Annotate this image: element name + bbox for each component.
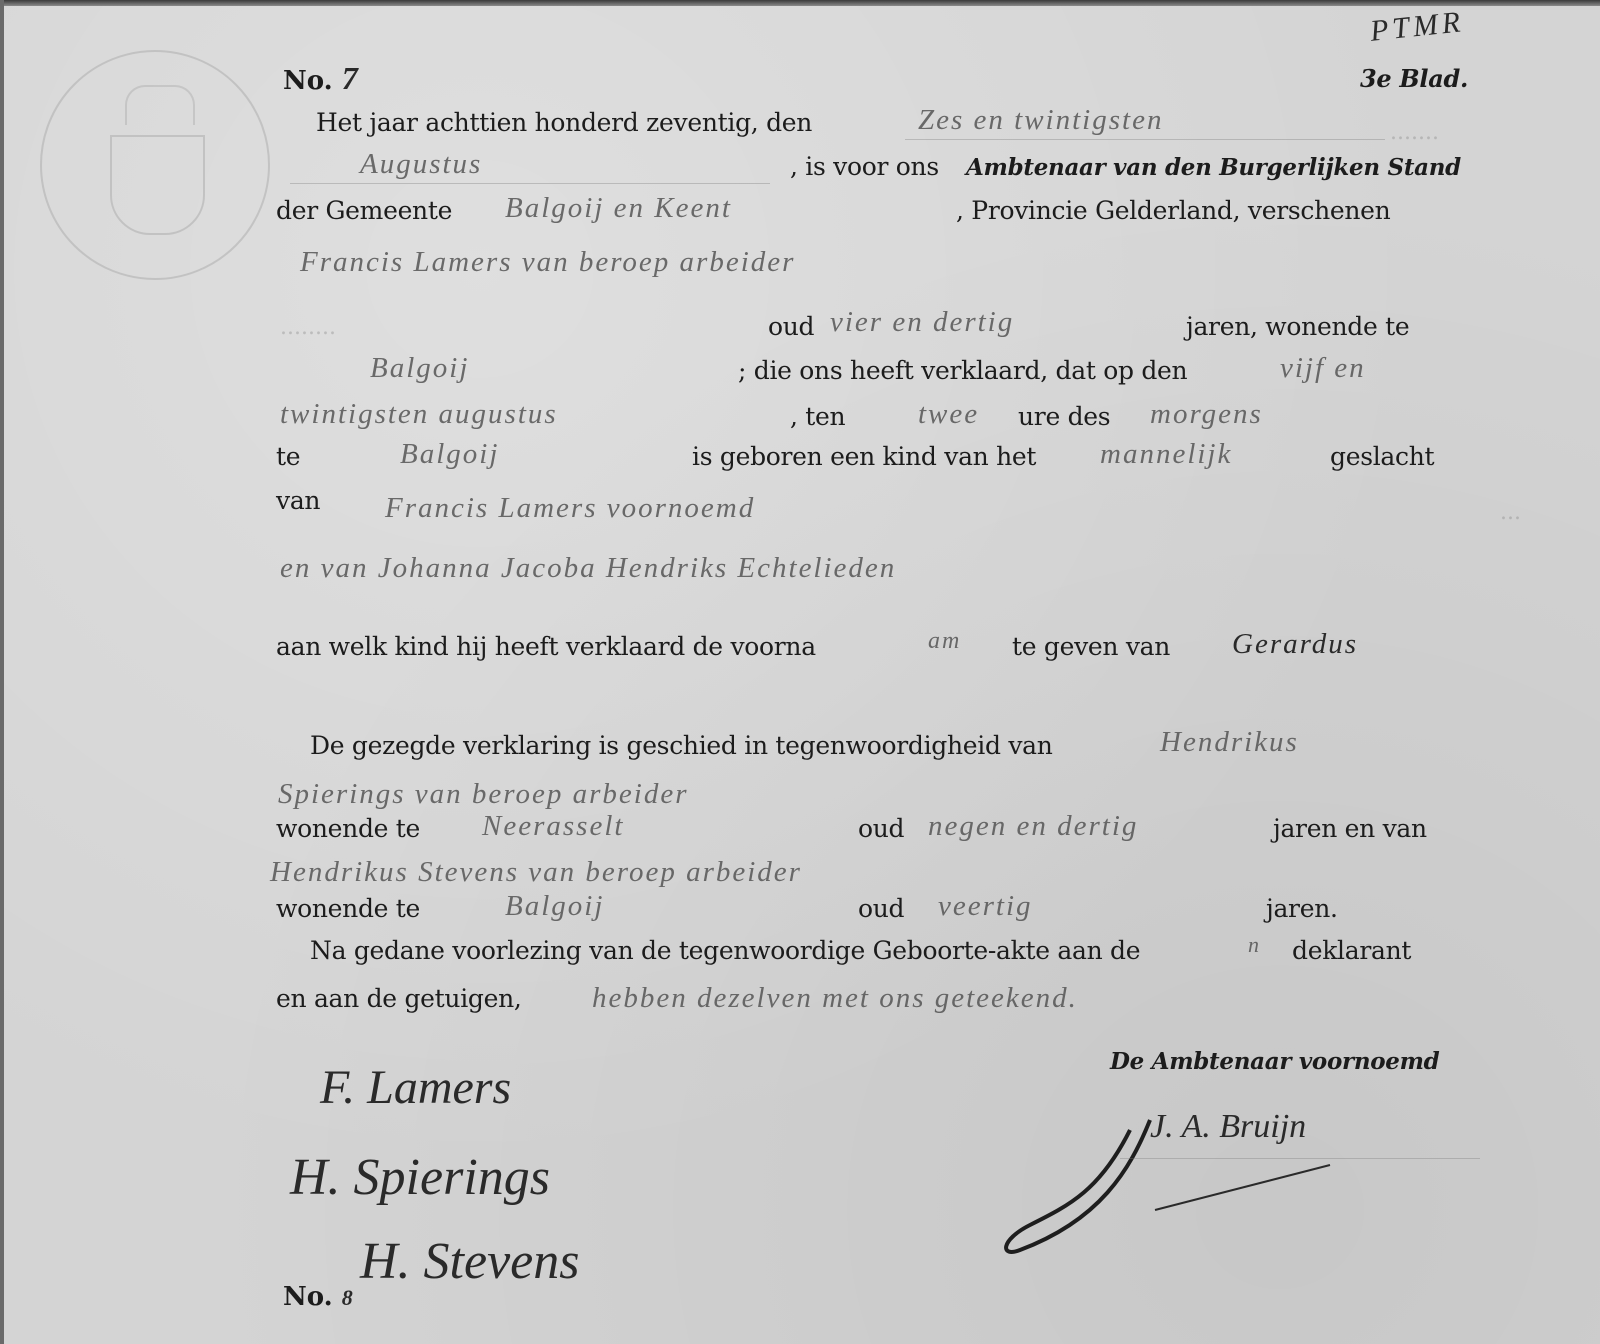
seal-crown-icon: [125, 85, 195, 125]
l12-printed: De gezegde verklaring is geschied in teg…: [310, 731, 1053, 760]
l7-printed-a: , ten: [790, 402, 845, 431]
l2-printed-a: , is voor ons: [790, 152, 939, 181]
signature-witness-1: H. Spierings: [290, 1148, 550, 1207]
l16-printed-b: oud: [858, 894, 904, 923]
sheet-label: 3e Blad.: [1360, 64, 1468, 93]
l11-printed-b: te geven van: [1012, 632, 1170, 661]
l14-witness1-age-handwritten: negen en dertig: [928, 810, 1138, 843]
next-record-value: 8: [342, 1285, 355, 1310]
l3-printed-a: der Gemeente: [276, 196, 452, 225]
official-caption: De Ambtenaar voornoemd: [1110, 1048, 1439, 1075]
l12-witness1-firstname-handwritten: Hendrikus: [1160, 726, 1299, 759]
l17-printed-b: deklarant: [1292, 936, 1411, 965]
l6-printed: ; die ons heeft verklaard, dat op den: [738, 356, 1187, 385]
record-number: No. 7: [283, 60, 360, 97]
l11-child-name-handwritten: Gerardus: [1232, 628, 1358, 661]
signature-witness-2: H. Stevens: [360, 1232, 579, 1291]
l7-date-handwritten: twintigsten augustus: [280, 398, 558, 431]
l2-month-handwritten: Augustus: [360, 148, 482, 181]
l5-printed-a: oud: [768, 312, 814, 341]
signature-flourish-icon: [980, 1110, 1340, 1260]
scan-left-edge: [0, 0, 4, 1344]
seal-shield-icon: [110, 135, 205, 235]
l8-printed-b: is geboren een kind van het: [692, 442, 1036, 471]
fill-line: [905, 139, 1385, 140]
bleed-through-text: ........: [280, 315, 336, 340]
l14-printed-a: wonende te: [276, 814, 420, 843]
l3-printed-b: , Provincie Gelderland, verschenen: [956, 196, 1390, 225]
l11-printed-a: aan welk kind hij heeft verklaard de voo…: [276, 632, 816, 661]
l15-witness2-handwritten: Hendrikus Stevens van beroep arbeider: [270, 856, 802, 889]
l13-witness1-handwritten: Spierings van beroep arbeider: [278, 778, 689, 811]
l3-municipality-handwritten: Balgoij en Keent: [505, 192, 732, 225]
l1-day-handwritten: Zes en twintigsten: [918, 104, 1163, 137]
l6-residence-handwritten: Balgoij: [370, 352, 469, 385]
scan-top-edge: [0, 0, 1600, 6]
l7-printed-b: ure des: [1018, 402, 1110, 431]
l16-witness2-residence-handwritten: Balgoij: [505, 890, 604, 923]
l17-plural-suffix-handwritten: n: [1248, 932, 1261, 958]
l14-witness1-residence-handwritten: Neerasselt: [482, 810, 624, 843]
l16-printed-c: jaren.: [1266, 894, 1338, 923]
l5-printed-b: jaren, wonende te: [1186, 312, 1409, 341]
bleed-through-text: .......: [1390, 120, 1439, 145]
l11-plural-suffix-handwritten: am: [928, 628, 961, 655]
signature-declarant: F. Lamers: [320, 1060, 511, 1115]
l16-printed-a: wonende te: [276, 894, 420, 923]
l14-printed-c: jaren en van: [1273, 814, 1427, 843]
l10-mother-handwritten: en van Johanna Jacoba Hendriks Echtelied…: [280, 552, 896, 585]
l2-printed-b: Ambtenaar van den Burgerlijken Stand: [966, 154, 1461, 181]
l6-date-handwritten: vijf en: [1280, 352, 1366, 385]
l4-declarant-handwritten: Francis Lamers van beroep arbeider: [300, 246, 795, 279]
record-number-value: 7: [342, 60, 360, 96]
l18-printed: en aan de getuigen,: [276, 984, 522, 1013]
l9-printed: van: [276, 486, 320, 515]
l8-printed-c: geslacht: [1330, 442, 1434, 471]
l18-signing-clause-handwritten: hebben dezelven met ons geteekend.: [592, 982, 1078, 1015]
next-record-label: No.: [283, 1282, 333, 1312]
signature-line: [1120, 1158, 1480, 1159]
record-number-label: No.: [283, 66, 333, 96]
fill-line: [290, 183, 770, 184]
l14-printed-b: oud: [858, 814, 904, 843]
l8-printed-a: te: [276, 442, 300, 471]
l7-hour-handwritten: twee: [918, 398, 979, 431]
next-record-number: No. 8: [283, 1282, 355, 1312]
l1-printed: Het jaar achttien honderd zeventig, den: [316, 108, 812, 137]
l16-witness2-age-handwritten: veertig: [938, 890, 1033, 923]
l5-age-handwritten: vier en dertig: [830, 306, 1014, 339]
archive-mark: PTMR: [1368, 5, 1465, 49]
l8-birthplace-handwritten: Balgoij: [400, 438, 499, 471]
bleed-through-text: ...: [1500, 500, 1521, 525]
l7-time-of-day-handwritten: morgens: [1150, 398, 1263, 431]
l8-sex-handwritten: mannelijk: [1100, 438, 1232, 471]
l17-printed: Na gedane voorlezing van de tegenwoordig…: [310, 936, 1140, 965]
l9-father-handwritten: Francis Lamers voornoemd: [385, 492, 755, 525]
